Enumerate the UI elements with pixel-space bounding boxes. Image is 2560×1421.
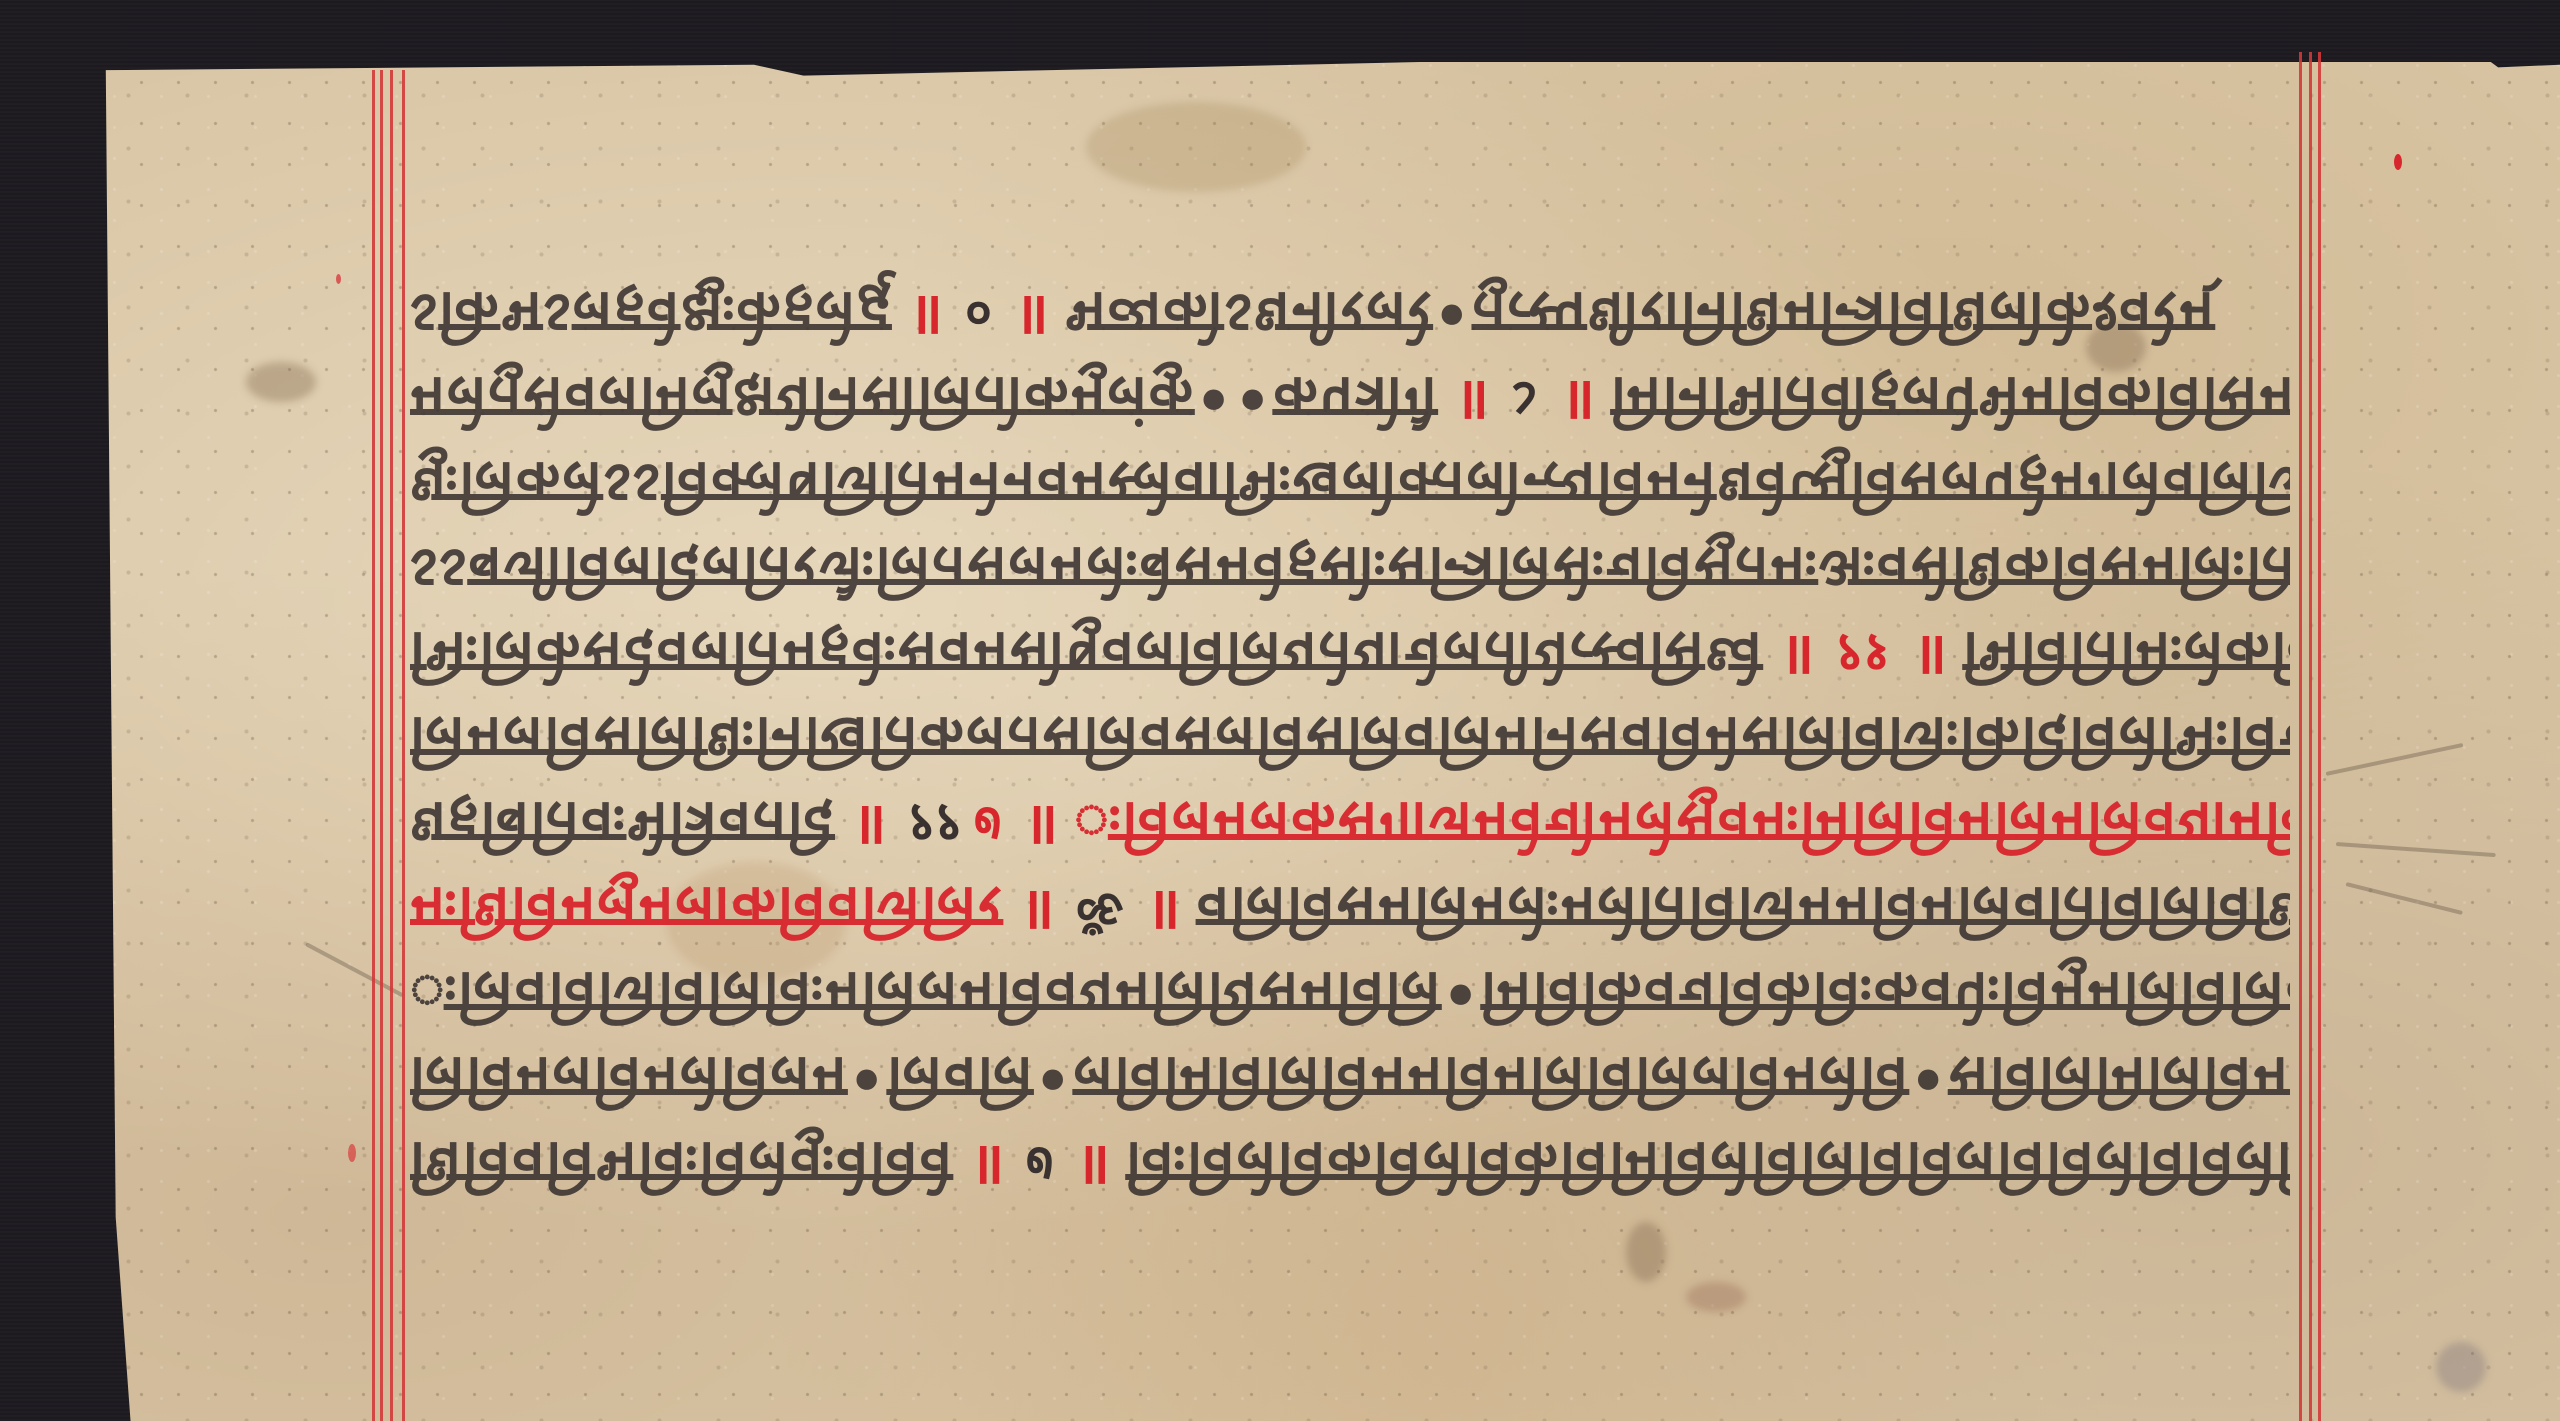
- script-text: ःलिवविजिविलिविःमलिलमविवयमलियिसमविलि•मिवि…: [410, 964, 2290, 1022]
- script-text: भिवितिमिःलेकविलधिक: [1963, 624, 2290, 682]
- red-ink-dot: [336, 274, 341, 284]
- manuscript-line: भिःलिकेसदेवलतिमहवेःसवमसोषुवलविलियतेयाचेल…: [410, 610, 2290, 695]
- double-danda-mark: ॥: [908, 284, 943, 342]
- stain: [2436, 1342, 2486, 1392]
- double-danda-mark: ॥: [852, 794, 887, 852]
- manuscript-line: धुःलिकलेऽऽविक्लेषजितिमनेनवमस्लेवाभिःखलोक…: [410, 440, 2290, 525]
- manuscript-line: मःधिविमलुमलाकविवजिलिर॥ॐ॥वलिविसमलिमलेःमले…: [410, 865, 2290, 950]
- double-danda-mark: ॥: [1146, 879, 1181, 937]
- right-margin-ruling: [2299, 52, 2302, 1421]
- script-text: भिःलिकेसदेवलतिमहवेःसवमसोषुवलविलियतेयाचेल…: [410, 624, 1764, 682]
- script-text: मलेतुसेवलमिलुक्षयेनिसोलितोकमुलंकु••कपत्र…: [410, 369, 1438, 427]
- manuscript-text-block: ऽकिभऽलहवेक्षुःकेहलेद्वृ॥०॥भव्यकोऽधनीरलरे…: [410, 270, 2290, 1205]
- rubric-text: ःविलमलकसगाजमवेचोमलेसुवमःमिलि‌‌विमलिमलिवय…: [1074, 794, 2290, 852]
- left-margin-ruling: [402, 70, 405, 1421]
- red-ink-dot: [2394, 154, 2402, 170]
- script-text: भव्यकोऽधनीरलरे•तुत्स्पधीरानिधिमन्त्रिविध…: [1065, 284, 2216, 342]
- script-text: धुःलिकलेऽऽविक्लेषजितिमनेनवमस्लेवाभिःखलोक…: [410, 454, 2290, 512]
- right-margin-ruling: [2309, 52, 2312, 1421]
- verse-numeral: ॐ: [1076, 882, 1123, 934]
- red-ink-dot: [348, 1144, 356, 1162]
- script-text: लिविमलविमलेविलम•लिवलि•लविमिविलिविममविमलि…: [410, 1049, 2290, 1107]
- double-danda-mark: ॥: [1024, 794, 1059, 852]
- script-text: वलिविसमलिमलेःमलेतिविजिममविमलिवतिविलिविधि…: [1197, 879, 2290, 937]
- script-text: धहबितिवःभेत्रिवतदि: [410, 794, 836, 852]
- verse-numeral: ७: [1026, 1137, 1053, 1189]
- left-margin-ruling: [390, 70, 393, 1421]
- manuscript-line: धहबितिवःभेत्रिवतदि॥९९७॥ःविलमलकसगाजमवेचोम…: [410, 780, 2290, 865]
- manuscript-line: ऽऽबजीविलदिलतिरजैःलितसलमलेःबेसमवेहसोःसन्त…: [410, 525, 2290, 610]
- right-margin-ruling: [2318, 52, 2321, 1421]
- double-danda-mark: ॥: [970, 1134, 1005, 1192]
- double-danda-mark: ॥: [1912, 624, 1947, 682]
- photo-scene: ऽकिभऽलहवेक्षुःकेहलेद्वृ॥०॥भव्यकोऽधनीरलरे…: [0, 0, 2560, 1421]
- manuscript-line: ऽकिभऽलहवेक्षुःकेहलेद्वृ॥०॥भव्यकोऽधनीरलरे…: [410, 270, 2290, 355]
- script-text: धिविवविभविःविलेवुःवेविवे: [410, 1134, 954, 1192]
- manuscript-line: लिविमलविमलेविलम•लिवलि•लविमिविलिविममविमलि…: [410, 1035, 2290, 1120]
- verse-numeral: ७: [974, 797, 1001, 849]
- manuscript-line: लिमलविसलिधिःनिखितिकलतसलिवसलविसलिवलिमनिसव…: [410, 695, 2290, 780]
- stain: [1626, 1222, 1666, 1282]
- double-danda-mark: ॥: [1014, 284, 1049, 342]
- script-text: विःविलेविकविलेविकेविमिविलेविलिविविलविविल…: [1126, 1134, 2290, 1192]
- verse-numeral: १९: [1836, 627, 1890, 679]
- script-text: ऽकिभऽलहवेक्षुःकेहलेद्वृ: [410, 284, 892, 342]
- double-danda-mark: ॥: [1454, 369, 1489, 427]
- verse-numeral: ९९: [908, 797, 962, 849]
- double-danda-mark: ॥: [1020, 879, 1055, 937]
- left-margin-ruling: [380, 70, 383, 1421]
- manuscript-line: ःलिवविजिविलिविःमलिलमविवयमलियिसमविलि•मिवि…: [410, 950, 2290, 1035]
- verse-numeral: ८: [1511, 372, 1538, 424]
- script-text: लिमलविसलिधिःनिखितिकलतसलिवसलविसलिवलिमनिसव…: [410, 709, 2290, 767]
- verse-numeral: ०: [965, 287, 992, 339]
- double-danda-mark: ॥: [1075, 1134, 1110, 1192]
- double-danda-mark: ॥: [1780, 624, 1815, 682]
- stain: [1686, 1282, 1746, 1312]
- stain: [246, 362, 316, 402]
- script-text: ऽऽबजीविलदिलतिरजैःलितसलमलेःबेसमवेहसोःसन्त…: [410, 539, 2290, 597]
- manuscript-line: धिविवविभविःविलेवुःवेविवे॥७॥विःविलेविकविल…: [410, 1120, 2290, 1205]
- left-margin-ruling: [372, 70, 375, 1421]
- script-text: मिनिभितिवीहलपेभेमविकविसिम: [1611, 369, 2290, 427]
- manuscript-line: मलेतुसेवलमिलुक्षयेनिसोलितोकमुलंकु••कपत्र…: [410, 355, 2290, 440]
- stain: [1086, 102, 1306, 192]
- rubric-text: मःधिविमलुमलाकविवजिलिर: [410, 879, 1004, 937]
- double-danda-mark: ॥: [1560, 369, 1595, 427]
